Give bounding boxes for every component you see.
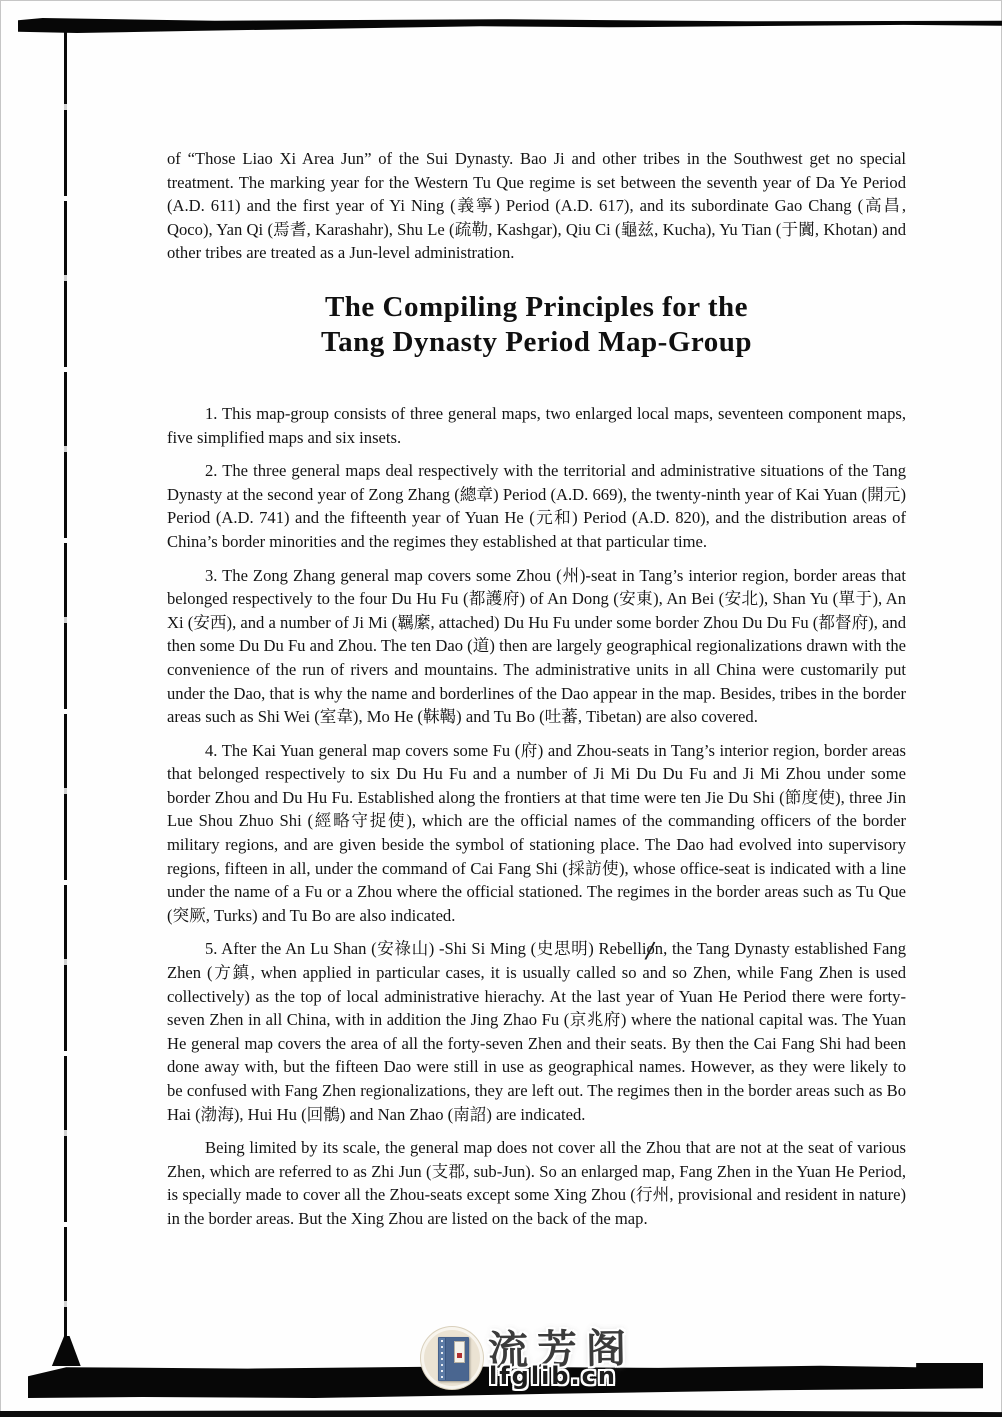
paragraph-4: 4. The Kai Yuan general map covers some … [167, 739, 906, 928]
scanned-book-page: of “Those Liao Xi Area Jun” of the Sui D… [0, 0, 1002, 1417]
section-heading: The Compiling Principles for the Tang Dy… [167, 290, 906, 360]
scan-artifact-bottom-bar [28, 1363, 983, 1398]
book-title-label [454, 1341, 465, 1363]
page-text-column: of “Those Liao Xi Area Jun” of the Sui D… [167, 147, 906, 1241]
paragraph-3: 3. The Zong Zhang general map covers som… [167, 564, 906, 729]
section-heading-line2: Tang Dynasty Period Map-Group [321, 326, 752, 358]
paragraph-2: 2. The three general maps deal respectiv… [167, 459, 906, 553]
paragraph-1: 1. This map-group consists of three gene… [167, 402, 906, 449]
book-label-seal [457, 1353, 462, 1358]
paragraph-intro-continued: of “Those Liao Xi Area Jun” of the Sui D… [167, 147, 906, 265]
paragraph-5: 5. After the An Lu Shan (安祿山) -Shi Si Mi… [167, 937, 906, 1126]
section-heading-line1: The Compiling Principles for the [325, 291, 748, 323]
scan-artifact-left-line [64, 30, 67, 1342]
scan-artifact-top-bar [18, 18, 1002, 33]
scan-artifact-bottom-edge [0, 1410, 1002, 1417]
paragraph-6: Being limited by its scale, the general … [167, 1136, 906, 1230]
scan-artifact-bottom-spike [49, 1336, 85, 1366]
